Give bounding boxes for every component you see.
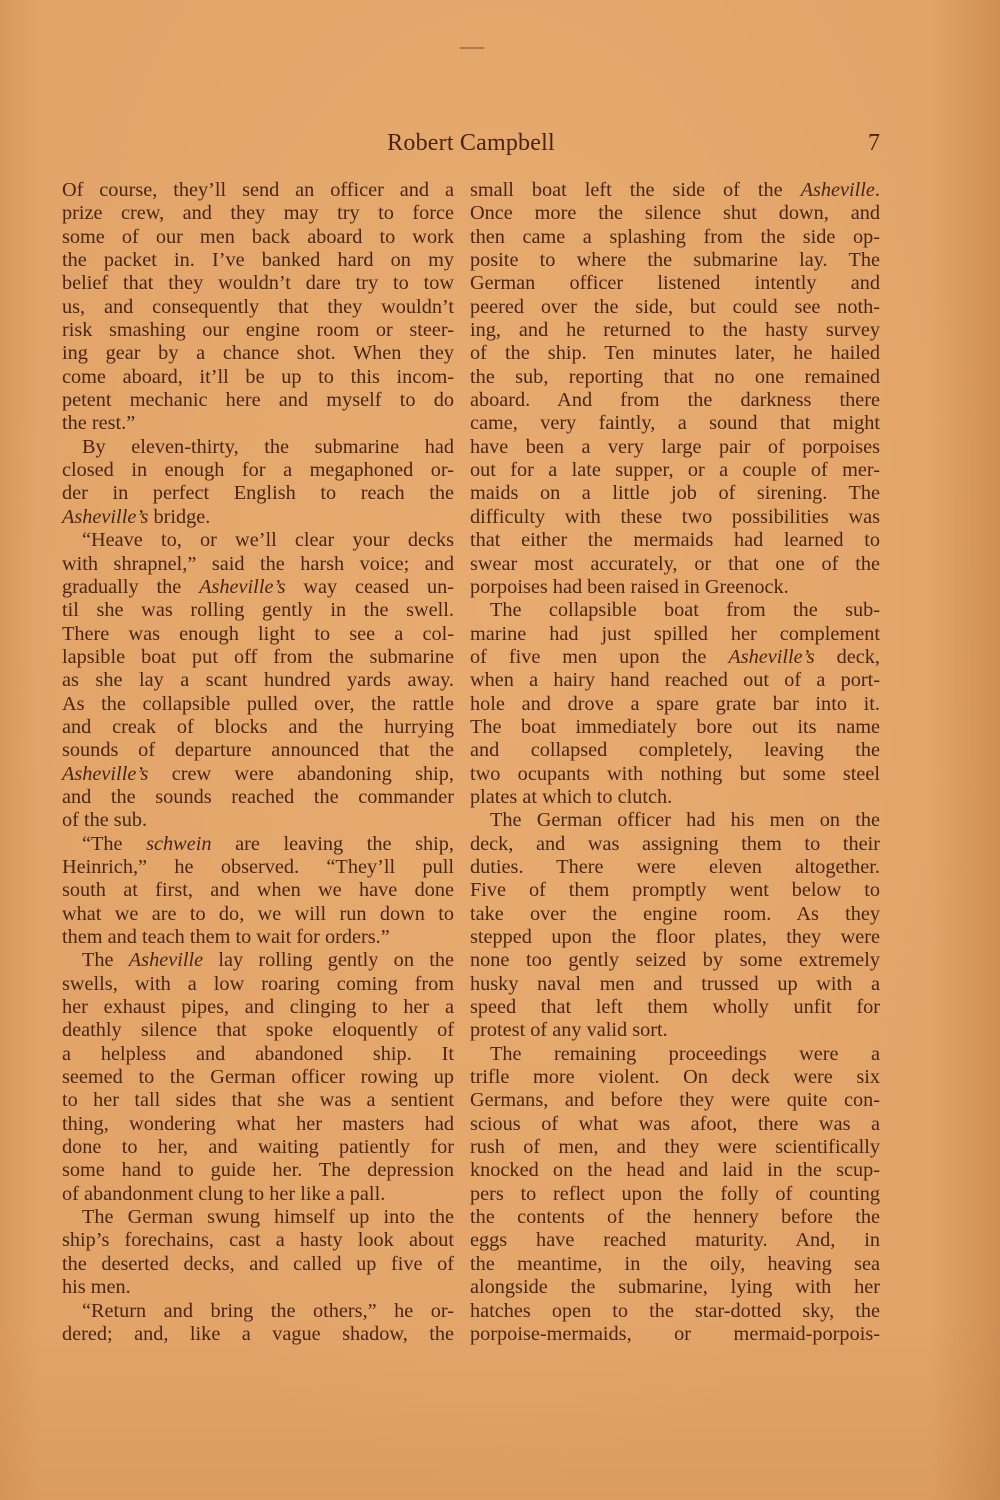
text-line: his men. — [62, 1276, 454, 1299]
text-line: some of our men back aboard to work — [62, 226, 454, 249]
text-line: knocked on the head and laid in the scup… — [470, 1159, 880, 1182]
paragraph: The collapsible boat from the sub-marine… — [470, 599, 880, 809]
text-line: risk smashing our engine room or steer- — [62, 319, 454, 342]
paragraph: By eleven-thirty, the submarine hadclose… — [62, 436, 454, 529]
text-line: porpoise-mermaids, or mermaid-porpois- — [470, 1323, 880, 1346]
text-line: duties. There were eleven altogether. — [470, 856, 880, 879]
text-line: the contents of the hennery before the — [470, 1206, 880, 1229]
text-line: of the ship. Ten minutes later, he haile… — [470, 342, 880, 365]
text-line: There was enough light to see a col- — [62, 623, 454, 646]
text-line: hole and drove a spare grate bar into it… — [470, 693, 880, 716]
text-line: Once more the silence shut down, and — [470, 202, 880, 225]
text-line: came, very faintly, a sound that might — [470, 412, 880, 435]
text-line: As the collapsible pulled over, the ratt… — [62, 693, 454, 716]
left-column: Of course, they’ll send an officer and a… — [62, 179, 454, 1346]
text-line: Five of them promptly went below to — [470, 879, 880, 902]
text-line: protest of any valid sort. — [470, 1019, 880, 1042]
running-title: Robert Campbell — [62, 130, 880, 157]
text-line: and creak of blocks and the hurrying — [62, 716, 454, 739]
text-line: posite to where the submarine lay. The — [470, 249, 880, 272]
page-number: 7 — [868, 130, 880, 157]
paragraph: The Asheville lay rolling gently on thes… — [62, 949, 454, 1206]
text-line: petent mechanic here and myself to do — [62, 389, 454, 412]
text-line: ing gear by a chance shot. When they — [62, 342, 454, 365]
text-line: peered over the side, but could see noth… — [470, 296, 880, 319]
text-line: Of course, they’ll send an officer and a — [62, 179, 454, 202]
text-line: thing, wondering what her masters had — [62, 1113, 454, 1136]
text-line: seemed to the German officer rowing up — [62, 1066, 454, 1089]
text-line: swells, with a low roaring coming from — [62, 973, 454, 996]
text-line: rush of men, and they were scientificall… — [470, 1136, 880, 1159]
text-line: “Return and bring the others,” he or- — [62, 1300, 454, 1323]
text-line: the deserted decks, and called up five o… — [62, 1253, 454, 1276]
text-line: aboard. And from the darkness there — [470, 389, 880, 412]
text-line: til she was rolling gently in the swell. — [62, 599, 454, 622]
text-line: Asheville’s bridge. — [62, 506, 454, 529]
text-line: the packet in. I’ve banked hard on my — [62, 249, 454, 272]
text-line: south at first, and when we have done — [62, 879, 454, 902]
text-line: her exhaust pipes, and clinging to her a — [62, 996, 454, 1019]
text-line: stepped upon the floor plates, they were — [470, 926, 880, 949]
text-line: sounds of departure announced that the — [62, 739, 454, 762]
text-line: eggs have reached maturity. And, in — [470, 1229, 880, 1252]
text-line: plates at which to clutch. — [470, 786, 880, 809]
text-line: small boat left the side of the Ashevill… — [470, 179, 880, 202]
paragraph: The German officer had his men on thedec… — [470, 809, 880, 1042]
text-line: what we are to do, we will run down to — [62, 903, 454, 926]
text-line: belief that they wouldn’t dare try to to… — [62, 272, 454, 295]
text-line: The remaining proceedings were a — [470, 1043, 880, 1066]
running-head: Robert Campbell 7 — [62, 130, 880, 164]
paragraph: “The schwein are leaving the ship,Heinri… — [62, 833, 454, 950]
text-line: scious of what was afoot, there was a — [470, 1113, 880, 1136]
text-line: of five men upon the Asheville’s deck, — [470, 646, 880, 669]
text-line: speed that left them wholly unfit for — [470, 996, 880, 1019]
text-line: porpoises had been raised in Greenock. — [470, 576, 880, 599]
text-line: “Heave to, or we’ll clear your decks — [62, 529, 454, 552]
text-line: done to her, and waiting patiently for — [62, 1136, 454, 1159]
paragraph: The German swung himself up into theship… — [62, 1206, 454, 1299]
text-line: the meantime, in the oily, heaving sea — [470, 1253, 880, 1276]
paragraph: “Heave to, or we’ll clear your deckswith… — [62, 529, 454, 832]
text-line: marine had just spilled her complement — [470, 623, 880, 646]
text-line: deck, and was assigning them to their — [470, 833, 880, 856]
paragraph: Of course, they’ll send an officer and a… — [62, 179, 454, 436]
text-line: out for a late supper, or a couple of me… — [470, 459, 880, 482]
text-line: deathly silence that spoke eloquently of — [62, 1019, 454, 1042]
text-line: them and teach them to wait for orders.” — [62, 926, 454, 949]
text-line: the rest.” — [62, 412, 454, 435]
text-line: The German officer had his men on the — [470, 809, 880, 832]
text-line: take over the engine room. As they — [470, 903, 880, 926]
text-line: The German swung himself up into the — [62, 1206, 454, 1229]
paragraph: “Return and bring the others,” he or-der… — [62, 1300, 454, 1347]
text-line: none too gently seized by some extremely — [470, 949, 880, 972]
text-line: have been a very large pair of porpoises — [470, 436, 880, 459]
text-line: of abandonment clung to her like a pall. — [62, 1183, 454, 1206]
text-line: pers to reflect upon the folly of counti… — [470, 1183, 880, 1206]
text-line: Germans, and before they were quite con- — [470, 1089, 880, 1112]
text-line: The collapsible boat from the sub- — [470, 599, 880, 622]
right-column: small boat left the side of the Ashevill… — [470, 179, 880, 1346]
text-line: swear most accurately, or that one of th… — [470, 553, 880, 576]
text-line: The Asheville lay rolling gently on the — [62, 949, 454, 972]
text-line: husky naval men and trussed up with a — [470, 973, 880, 996]
text-line: lapsible boat put off from the submarine — [62, 646, 454, 669]
paragraph: small boat left the side of the Ashevill… — [470, 179, 880, 599]
text-line: that either the mermaids had learned to — [470, 529, 880, 552]
text-line: trifle more violent. On deck were six — [470, 1066, 880, 1089]
text-line: the sub, reporting that no one remained — [470, 366, 880, 389]
text-line: maids on a little job of sirening. The — [470, 482, 880, 505]
text-line: a helpless and abandoned ship. It — [62, 1043, 454, 1066]
text-line: then came a splashing from the side op- — [470, 226, 880, 249]
text-line: Heinrich,” he observed. “They’ll pull — [62, 856, 454, 879]
text-line: prize crew, and they may try to force — [62, 202, 454, 225]
text-line: some hand to guide her. The depression — [62, 1159, 454, 1182]
text-line: when a hairy hand reached out of a port- — [470, 669, 880, 692]
text-line: and the sounds reached the commander — [62, 786, 454, 809]
text-line: two ocupants with nothing but some steel — [470, 763, 880, 786]
text-line: us, and consequently that they wouldn’t — [62, 296, 454, 319]
text-line: der in perfect English to reach the — [62, 482, 454, 505]
text-line: By eleven-thirty, the submarine had — [62, 436, 454, 459]
paragraph: The remaining proceedings were atrifle m… — [470, 1043, 880, 1346]
text-line: to her tall sides that she was a sentien… — [62, 1089, 454, 1112]
text-line: and collapsed completely, leaving the — [470, 739, 880, 762]
text-line: difficulty with these two possibilities … — [470, 506, 880, 529]
text-line: closed in enough for a megaphoned or- — [62, 459, 454, 482]
text-line: of the sub. — [62, 809, 454, 832]
print-mark — [460, 47, 484, 49]
text-line: ship’s forechains, cast a hasty look abo… — [62, 1229, 454, 1252]
book-page: Robert Campbell 7 Of course, they’ll sen… — [0, 0, 1000, 1500]
text-line: The boat immediately bore out its name — [470, 716, 880, 739]
text-line: ing, and he returned to the hasty survey — [470, 319, 880, 342]
text-line: Asheville’s crew were abandoning ship, — [62, 763, 454, 786]
text-line: come aboard, it’ll be up to this incom- — [62, 366, 454, 389]
text-line: German officer listened intently and — [470, 272, 880, 295]
text-line: hatches open to the star-dotted sky, the — [470, 1300, 880, 1323]
text-line: “The schwein are leaving the ship, — [62, 833, 454, 856]
text-line: as she lay a scant hundred yards away. — [62, 669, 454, 692]
text-line: alongside the submarine, lying with her — [470, 1276, 880, 1299]
text-line: with shrapnel,” said the harsh voice; an… — [62, 553, 454, 576]
text-line: gradually the Asheville’s way ceased un- — [62, 576, 454, 599]
text-line: dered; and, like a vague shadow, the — [62, 1323, 454, 1346]
